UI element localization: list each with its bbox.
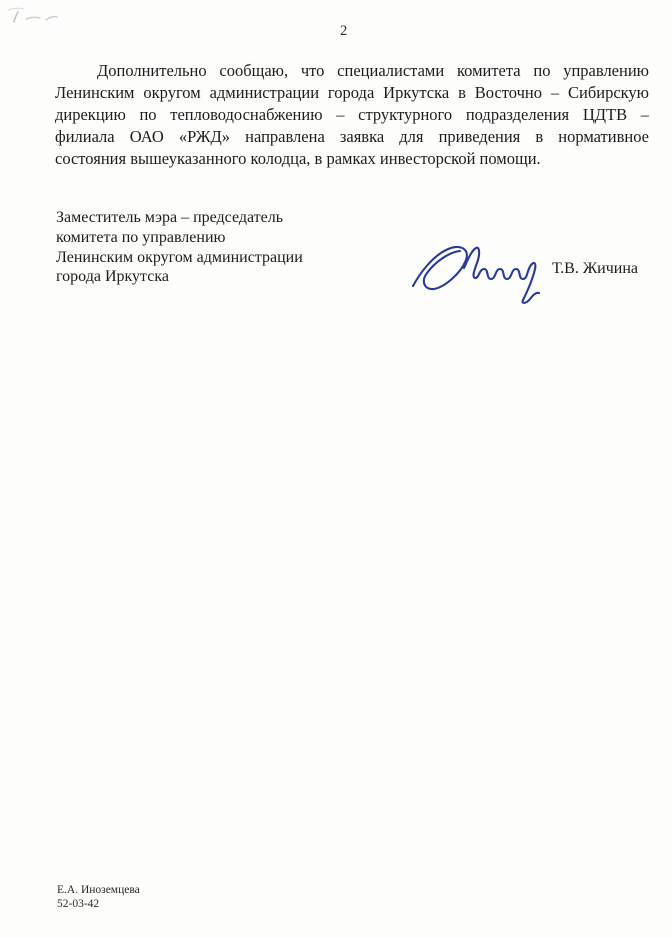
executor-footer: Е.А. Иноземцева 52-03-42 (57, 883, 140, 911)
paragraph-line: филиала ОАО «РЖД» направлена заявка для … (55, 126, 649, 148)
page-number: 2 (340, 23, 348, 40)
pencil-scribble-icon (6, 6, 66, 32)
signer-title-line: города Иркутска (56, 267, 386, 287)
paragraph-line: состояния вышеуказанного колодца, в рамк… (55, 148, 649, 170)
signer-title-block: Заместитель мэра – председатель комитета… (56, 208, 386, 287)
signer-title-line: комитета по управлению (56, 228, 386, 248)
paragraph-line: Дополнительно сообщаю, что специалистами… (55, 60, 649, 82)
body-paragraph: Дополнительно сообщаю, что специалистами… (55, 60, 649, 170)
paragraph-line: Ленинским округом администрации города И… (55, 82, 649, 104)
signer-title-line: Заместитель мэра – председатель (56, 208, 386, 228)
document-page: 2 Дополнительно сообщаю, что специалиста… (0, 0, 672, 938)
signer-name: Т.В. Жичина (552, 260, 638, 278)
executor-name: Е.А. Иноземцева (57, 883, 140, 897)
signer-title-line: Ленинским округом администрации (56, 248, 386, 268)
handwritten-signature-icon (409, 237, 549, 307)
executor-phone: 52-03-42 (57, 897, 140, 911)
paragraph-line: дирекцию по тепловодоснабжению – структу… (55, 104, 649, 126)
